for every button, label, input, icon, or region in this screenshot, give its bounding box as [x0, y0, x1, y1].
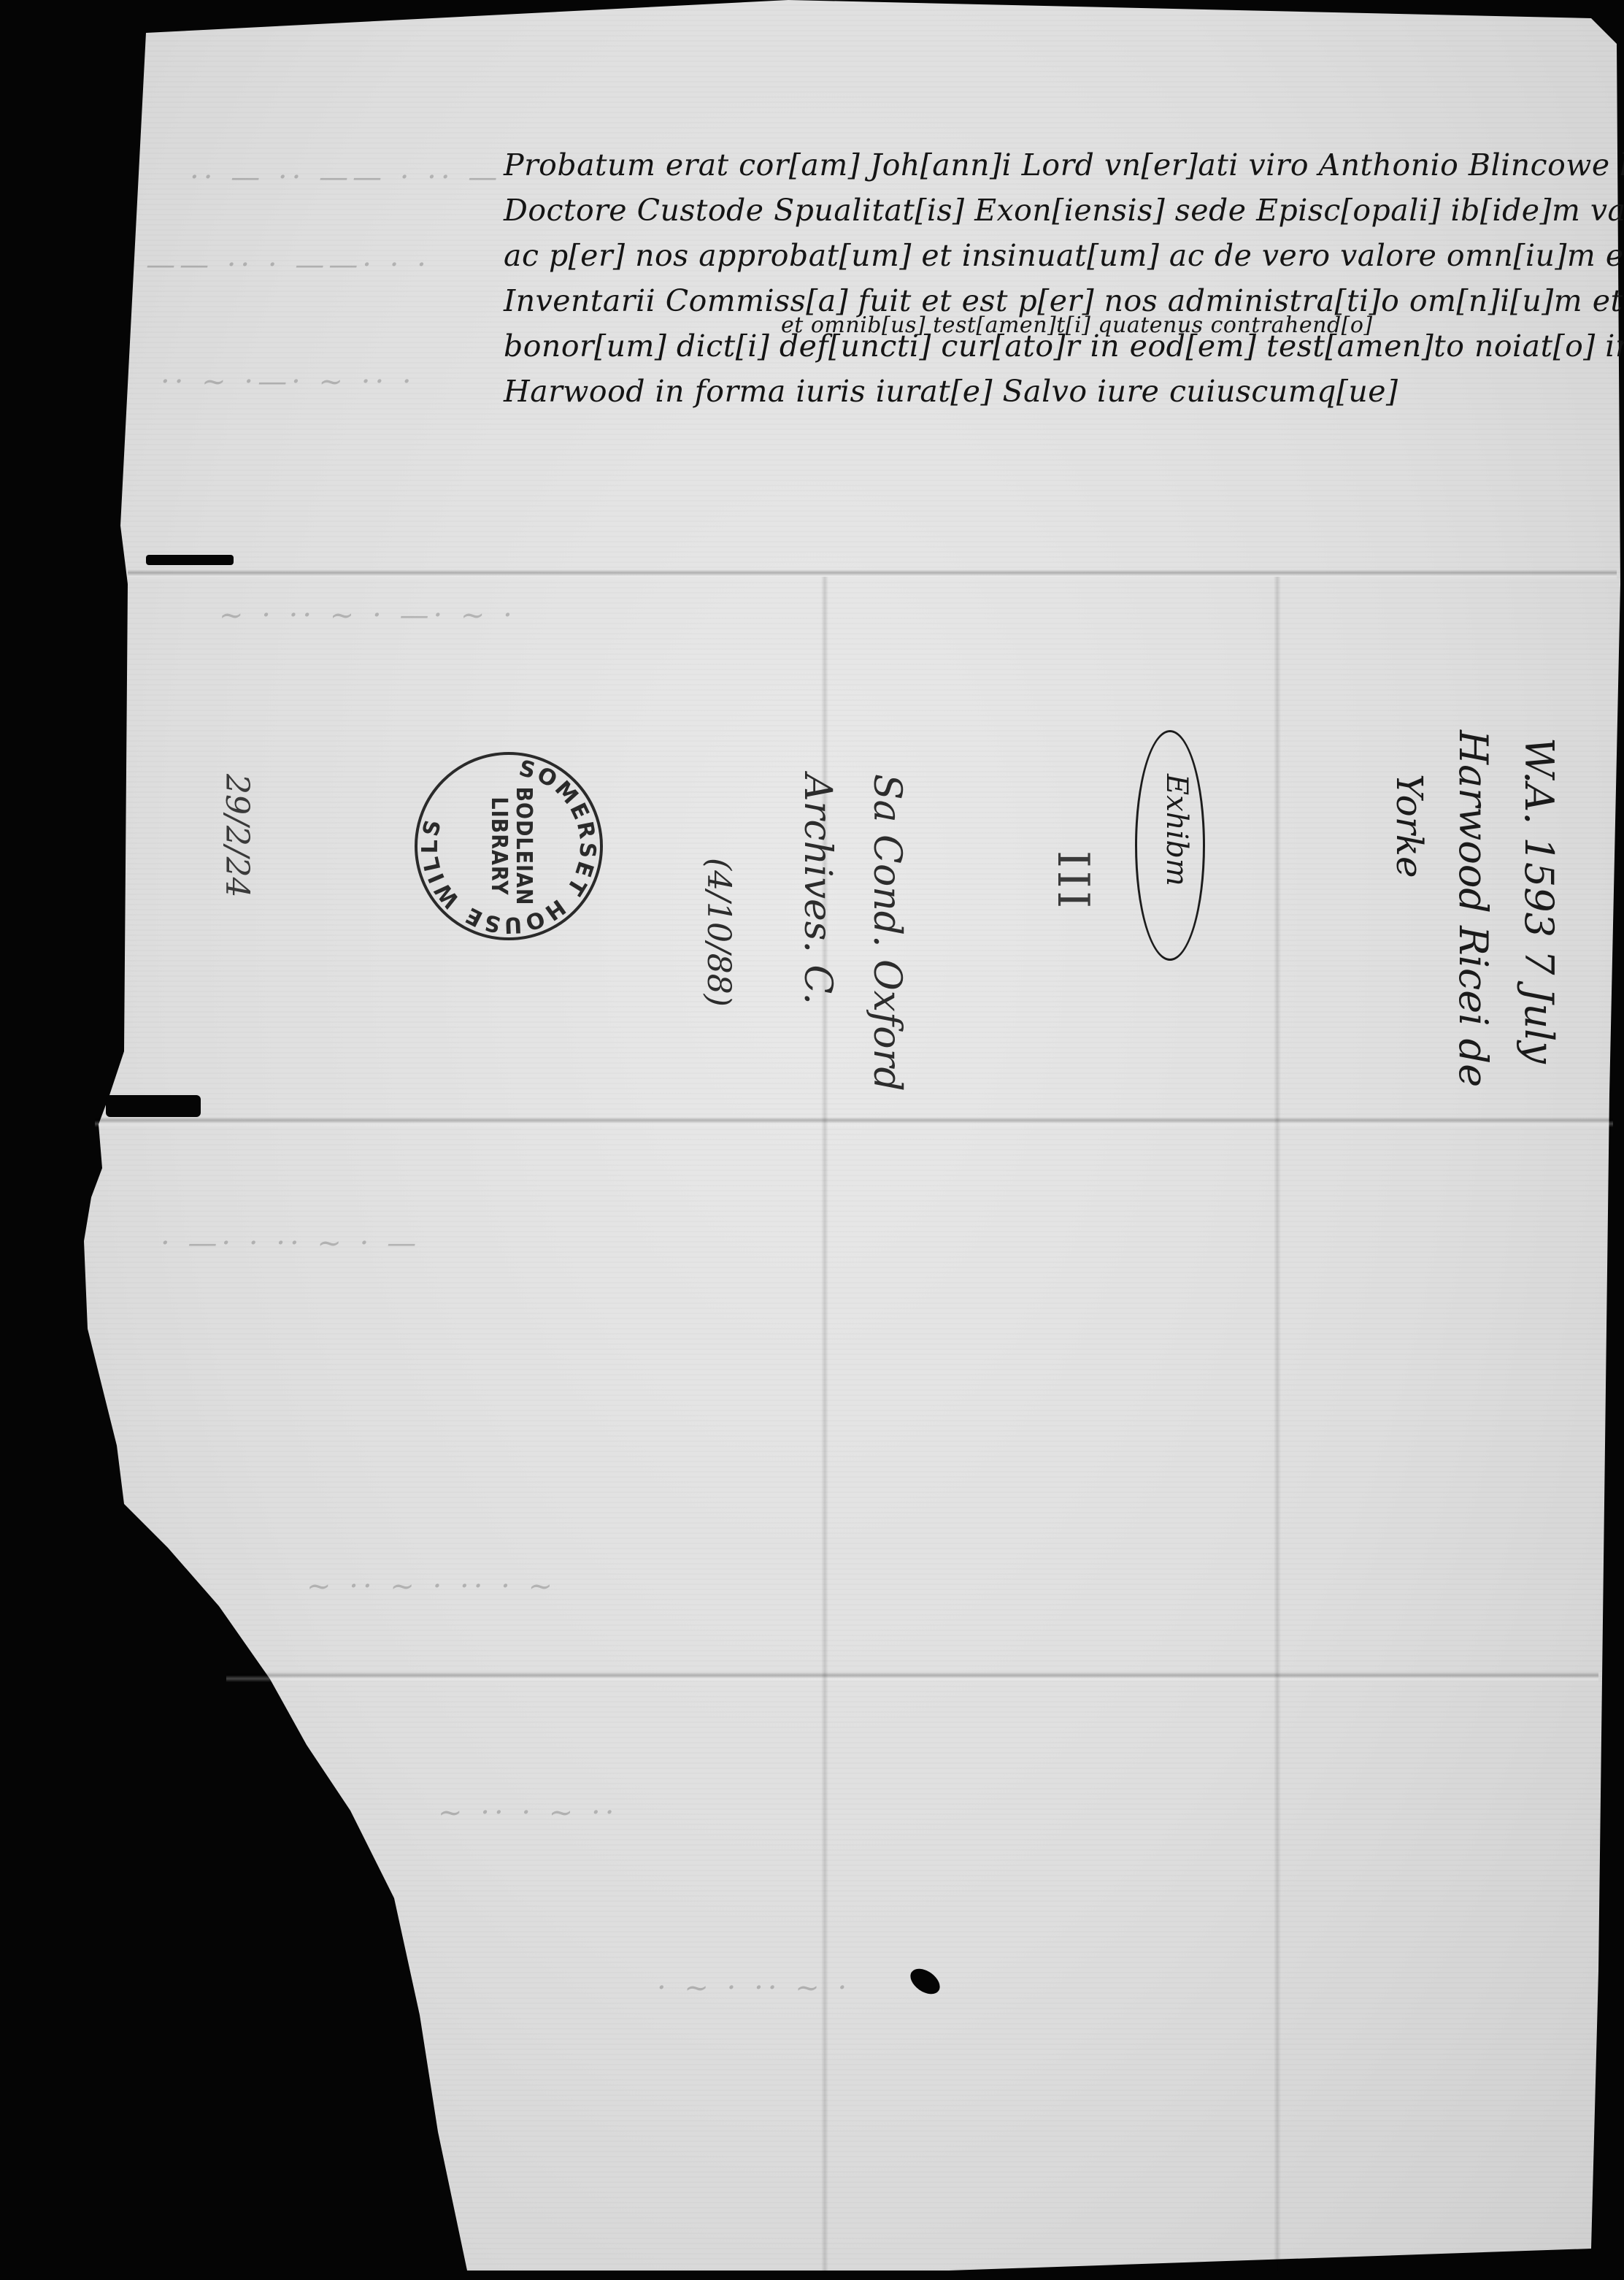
- archive-note-date: (4/10/88): [700, 858, 737, 1007]
- stamp-inner-line-2: LIBRARY: [486, 755, 511, 937]
- fold-line-lower: [226, 1672, 1598, 1682]
- folio-label: Exhibm: [1160, 774, 1193, 886]
- probate-line-6: Harwood in forma iuris iurat[e] Salvo iu…: [504, 369, 1624, 414]
- probate-line-5: bonor[um] dict[i] def[uncti] cur[ato]r i…: [504, 323, 1624, 369]
- stamp-inner-line-1: BODLEIAN: [511, 755, 536, 937]
- show-through-text: ·· ~ ·—· ~ ·· ·: [161, 365, 416, 399]
- show-through-text: ~ ·· ~ · ·· · ~: [307, 1570, 557, 1603]
- show-through-text: ·· — ·· —— · ·· —: [190, 161, 501, 194]
- bodleian-library-stamp: SOMERSET HOUSE WILLS BODLEIAN LIBRARY: [415, 752, 603, 940]
- fold-line-middle: [95, 1117, 1613, 1127]
- margin-date: 29/2/24: [218, 774, 255, 898]
- probate-line-1: Probatum erat cor[am] Joh[ann]i Lord vn[…: [504, 142, 1624, 188]
- paper-damage-tear: [146, 555, 234, 565]
- show-through-text: · ~ · ·· ~ ·: [657, 1971, 851, 2005]
- archive-note-line-1: Sa Cond. Oxford: [865, 774, 909, 1091]
- endorsement-place-line: Yorke: [1388, 774, 1431, 878]
- endorsement-name-line: Harwood Ricei de: [1450, 730, 1496, 1087]
- show-through-text: ~ ·· · ~ ··: [438, 1796, 618, 1830]
- probate-line-2: Doctore Custode Spualitat[is] Exon[iensi…: [504, 188, 1624, 233]
- probate-clause: Probatum erat cor[am] Joh[ann]i Lord vn[…: [504, 142, 1624, 414]
- show-through-text: · —· · ·· ~ · —: [161, 1227, 420, 1260]
- show-through-text: —— ·· · ——· · ·: [146, 248, 431, 282]
- probate-line-3: ac p[er] nos approbat[um] et insinuat[um…: [504, 233, 1624, 278]
- archive-note-line-2: Archives. C.: [796, 774, 839, 1005]
- endorsement-year-line: W.A. 1593 7 July: [1516, 737, 1562, 1064]
- paper-damage-tear: [106, 1095, 201, 1117]
- show-through-text: ~ · ·· ~ · —· ~ ·: [219, 599, 517, 632]
- fold-line-upper: [128, 569, 1617, 580]
- folio-number: III: [1047, 851, 1098, 911]
- manuscript-scan: ·· — ·· —— · ·· — —— ·· · ——· · · ·· ~ ·…: [0, 0, 1624, 2280]
- fold-line-vertical-right: [1274, 577, 1281, 2271]
